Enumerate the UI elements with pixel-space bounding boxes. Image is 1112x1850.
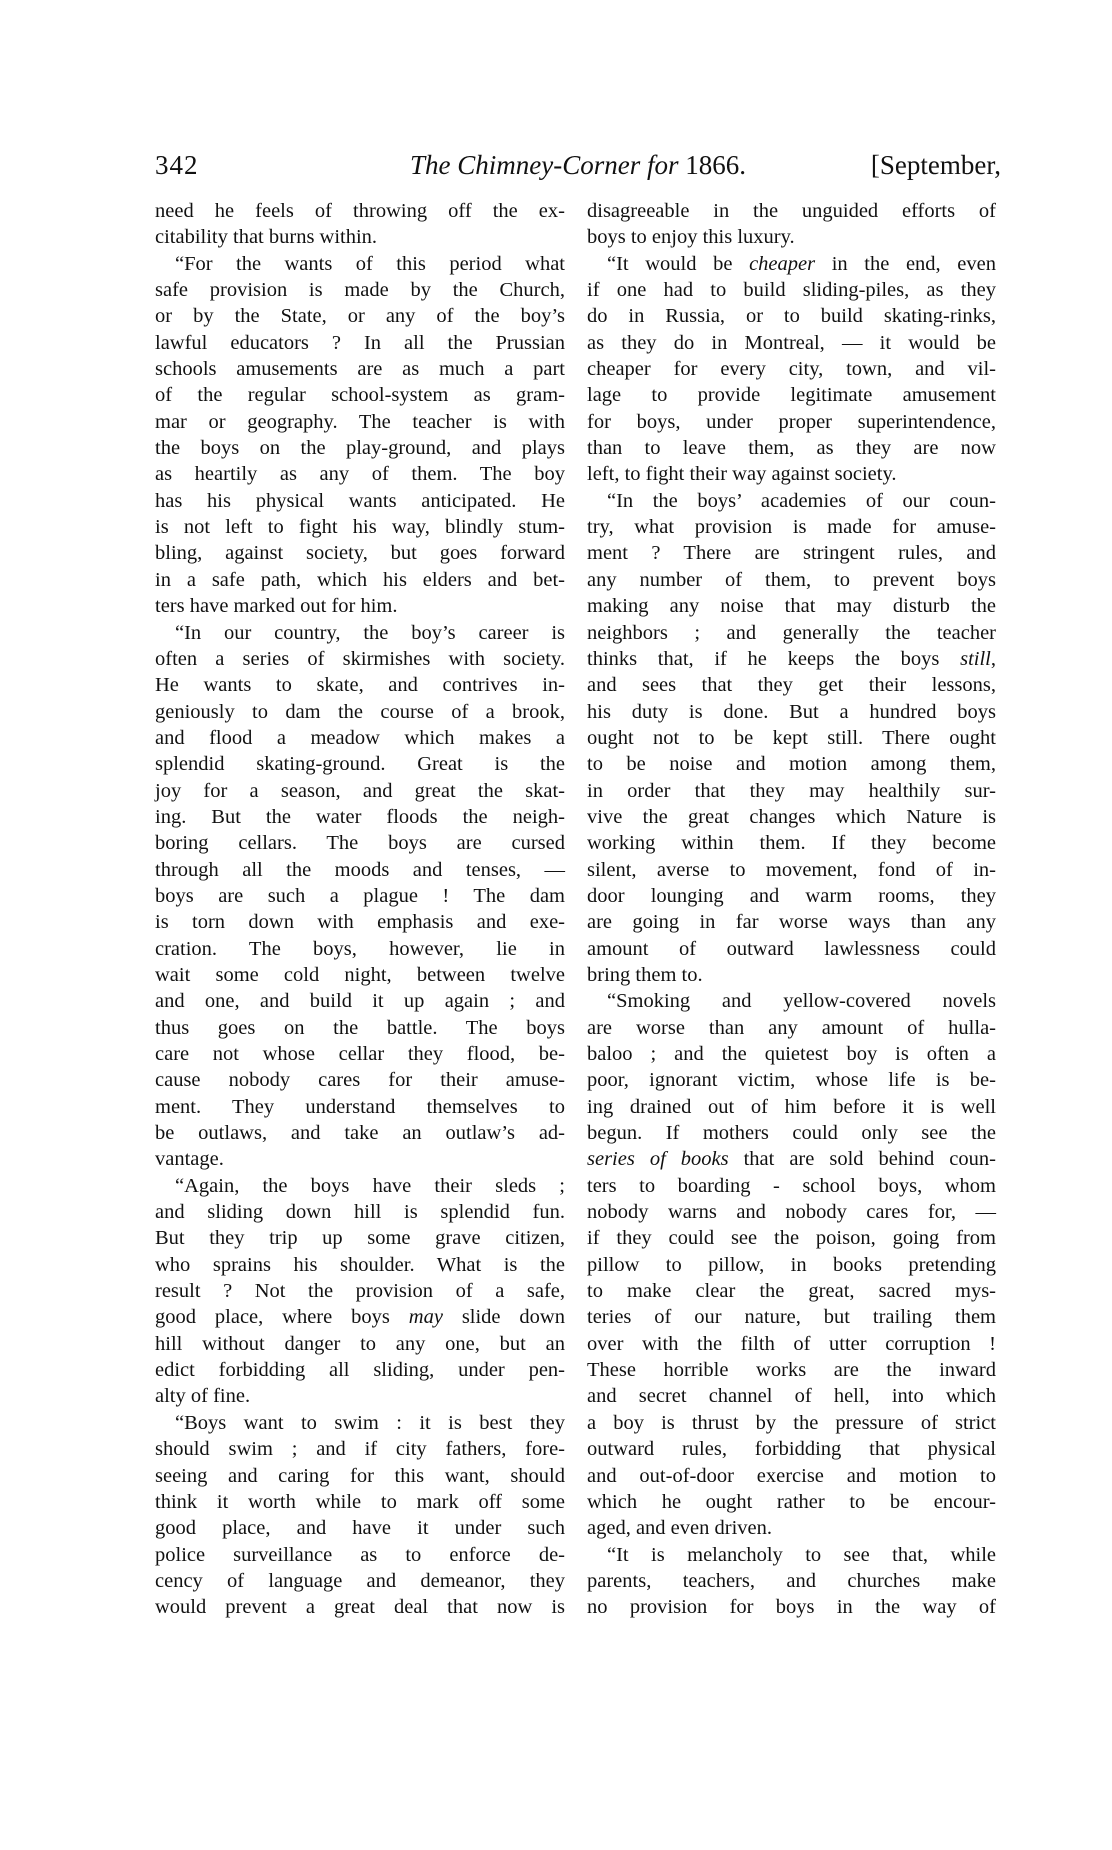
text-line: These horrible works are the inward: [587, 1357, 996, 1383]
text-line: lage to provide legitimate amusement: [587, 382, 996, 408]
right-text-column: disagreeable in the unguided efforts ofb…: [587, 198, 996, 1621]
text-line: as they do in Montreal, — it would be: [587, 330, 996, 356]
journal-title: The Chimney-Corner for: [410, 150, 678, 180]
text-line: vive the great changes which Nature is: [587, 804, 996, 830]
text-line: in order that they may healthily sur-: [587, 778, 996, 804]
text-segment: thinks that, if he keeps the boys: [587, 648, 960, 670]
text-line: should swim ; and if city fathers, fore-: [155, 1436, 565, 1462]
text-line: baloo ; and the quietest boy is often a: [587, 1041, 996, 1067]
text-line: joy for a season, and great the skat-: [155, 778, 565, 804]
text-line: cheaper for every city, town, and vil-: [587, 356, 996, 382]
text-line: ters to boarding - school boys, whom: [587, 1173, 996, 1199]
text-line: do in Russia, or to build skating-rinks,: [587, 303, 996, 329]
text-line: edict forbidding all sliding, under pen-: [155, 1357, 565, 1383]
text-line: “Again, the boys have their sleds ;: [155, 1173, 565, 1199]
text-line: has his physical wants anticipated. He: [155, 488, 565, 514]
text-line: disagreeable in the unguided efforts of: [587, 198, 996, 224]
italic-emphasis: cheaper: [749, 253, 815, 275]
text-line: boys to enjoy this luxury.: [587, 224, 996, 250]
text-line: But they trip up some grave citizen,: [155, 1225, 565, 1251]
text-line: or by the State, or any of the boy’s: [155, 303, 565, 329]
text-line: cency of language and demeanor, they: [155, 1568, 565, 1594]
text-line: “In the boys’ academies of our coun-: [587, 488, 996, 514]
text-line: than to leave them, as they are now: [587, 435, 996, 461]
journal-year: 1866.: [685, 150, 746, 180]
text-line: hill without danger to any one, but an: [155, 1331, 565, 1357]
text-line: to make clear the great, sacred mys-: [587, 1278, 996, 1304]
text-line: thus goes on the battle. The boys: [155, 1015, 565, 1041]
text-line: a boy is thrust by the pressure of stric…: [587, 1410, 996, 1436]
left-text-column: need he feels of throwing off the ex-cit…: [155, 198, 565, 1621]
text-line: boys are such a plague ! The dam: [155, 883, 565, 909]
text-line: would prevent a great deal that now is: [155, 1594, 565, 1620]
text-line: working within them. If they become: [587, 830, 996, 856]
text-line: if they could see the poison, going from: [587, 1225, 996, 1251]
text-line: vantage.: [155, 1146, 565, 1172]
text-line: as heartily as any of them. The boy: [155, 461, 565, 487]
text-line: ought not to be kept still. There ought: [587, 725, 996, 751]
text-line: is torn down with emphasis and exe-: [155, 909, 565, 935]
text-line: begun. If mothers could only see the: [587, 1120, 996, 1146]
text-line: poor, ignorant victim, whose life is be-: [587, 1067, 996, 1093]
text-line: making any noise that may disturb the: [587, 593, 996, 619]
text-line: police surveillance as to enforce de-: [155, 1542, 565, 1568]
text-line: ters have marked out for him.: [155, 593, 565, 619]
text-line: and one, and build it up again ; and: [155, 988, 565, 1014]
text-line: nobody warns and nobody cares for, —: [587, 1199, 996, 1225]
text-line: and sliding down hill is splendid fun.: [155, 1199, 565, 1225]
text-segment: that are sold behind coun-: [729, 1148, 996, 1170]
text-line: splendid skating-ground. Great is the: [155, 751, 565, 777]
text-segment: in the end, even: [815, 253, 996, 275]
text-line: outward rules, forbidding that physical: [587, 1436, 996, 1462]
text-line: is not left to fight his way, blindly st…: [155, 514, 565, 540]
text-line: mar or geography. The teacher is with: [155, 409, 565, 435]
text-line: citability that burns within.: [155, 224, 565, 250]
text-line: pillow to pillow, in books pretending: [587, 1252, 996, 1278]
text-line: for boys, under proper superintendence,: [587, 409, 996, 435]
issue-month: [September,: [871, 150, 1001, 181]
text-line: schools amusements are as much a part: [155, 356, 565, 382]
text-line: and flood a meadow which makes a: [155, 725, 565, 751]
text-line: result ? Not the provision of a safe,: [155, 1278, 565, 1304]
italic-emphasis: series of books: [587, 1148, 729, 1170]
text-line: try, what provision is made for amuse-: [587, 514, 996, 540]
text-line: bring them to.: [587, 962, 996, 988]
text-line: ment ? There are stringent rules, and: [587, 540, 996, 566]
text-line: in a safe path, which his elders and bet…: [155, 567, 565, 593]
text-line: any number of them, to prevent boys: [587, 567, 996, 593]
book-page: 342 The Chimney-Corner for 1866. [Septem…: [0, 0, 1112, 1850]
text-line: who sprains his shoulder. What is the: [155, 1252, 565, 1278]
text-line: be outlaws, and take an outlaw’s ad-: [155, 1120, 565, 1146]
text-line: cause nobody cares for their amuse-: [155, 1067, 565, 1093]
text-segment: ,: [991, 648, 996, 670]
text-line: which he ought rather to be encour-: [587, 1489, 996, 1515]
italic-emphasis: still: [960, 648, 991, 670]
text-line: his duty is done. But a hundred boys: [587, 699, 996, 725]
text-line: teries of our nature, but trailing them: [587, 1304, 996, 1330]
text-segment: good place, where boys: [155, 1306, 409, 1328]
text-line: boring cellars. The boys are cursed: [155, 830, 565, 856]
text-line: lawful educators ? In all the Prussian: [155, 330, 565, 356]
text-line: cration. The boys, however, lie in: [155, 936, 565, 962]
text-line: parents, teachers, and churches make: [587, 1568, 996, 1594]
text-line: “Boys want to swim : it is best they: [155, 1410, 565, 1436]
text-line: ment. They understand themselves to: [155, 1094, 565, 1120]
text-line: and out-of-door exercise and motion to: [587, 1463, 996, 1489]
text-line: alty of fine.: [155, 1383, 565, 1409]
text-line: thinks that, if he keeps the boys still,: [587, 646, 996, 672]
text-line: and sees that they get their lessons,: [587, 672, 996, 698]
text-line: safe provision is made by the Church,: [155, 277, 565, 303]
text-line: through all the moods and tenses, —: [155, 857, 565, 883]
text-line: wait some cold night, between twelve: [155, 962, 565, 988]
text-line: geniously to dam the course of a brook,: [155, 699, 565, 725]
text-line: are going in far worse ways than any: [587, 909, 996, 935]
text-line: the boys on the play-ground, and plays: [155, 435, 565, 461]
text-line: care not whose cellar they flood, be-: [155, 1041, 565, 1067]
text-line: He wants to skate, and contrives in-: [155, 672, 565, 698]
text-segment: slide down: [443, 1306, 565, 1328]
text-line: bling, against society, but goes forward: [155, 540, 565, 566]
text-segment: “It would be: [607, 253, 749, 275]
text-line: of the regular school-system as gram-: [155, 382, 565, 408]
text-line: if one had to build sliding-piles, as th…: [587, 277, 996, 303]
text-line: and secret channel of hell, into which: [587, 1383, 996, 1409]
text-line: door lounging and warm rooms, they: [587, 883, 996, 909]
text-line: often a series of skirmishes with societ…: [155, 646, 565, 672]
text-line: over with the filth of utter corruption …: [587, 1331, 996, 1357]
text-line: good place, where boys may slide down: [155, 1304, 565, 1330]
text-line: ing drained out of him before it is well: [587, 1094, 996, 1120]
text-line: “Smoking and yellow-covered novels: [587, 988, 996, 1014]
text-line: silent, averse to movement, fond of in-: [587, 857, 996, 883]
text-line: need he feels of throwing off the ex-: [155, 198, 565, 224]
text-line: are worse than any amount of hulla-: [587, 1015, 996, 1041]
text-line: aged, and even driven.: [587, 1515, 996, 1541]
text-line: think it worth while to mark off some: [155, 1489, 565, 1515]
text-line: to be noise and motion among them,: [587, 751, 996, 777]
text-line: “In our country, the boy’s career is: [155, 620, 565, 646]
text-line: neighbors ; and generally the teacher: [587, 620, 996, 646]
text-line: seeing and caring for this want, should: [155, 1463, 565, 1489]
running-header: 342 The Chimney-Corner for 1866. [Septem…: [155, 150, 1001, 190]
text-line: “It is melancholy to see that, while: [587, 1542, 996, 1568]
text-line: left, to fight their way against society…: [587, 461, 996, 487]
text-line: “It would be cheaper in the end, even: [587, 251, 996, 277]
text-line: ing. But the water floods the neigh-: [155, 804, 565, 830]
text-line: series of books that are sold behind cou…: [587, 1146, 996, 1172]
text-line: “For the wants of this period what: [155, 251, 565, 277]
text-line: amount of outward lawlessness could: [587, 936, 996, 962]
text-line: no provision for boys in the way of: [587, 1594, 996, 1620]
text-line: good place, and have it under such: [155, 1515, 565, 1541]
italic-emphasis: may: [409, 1306, 443, 1328]
